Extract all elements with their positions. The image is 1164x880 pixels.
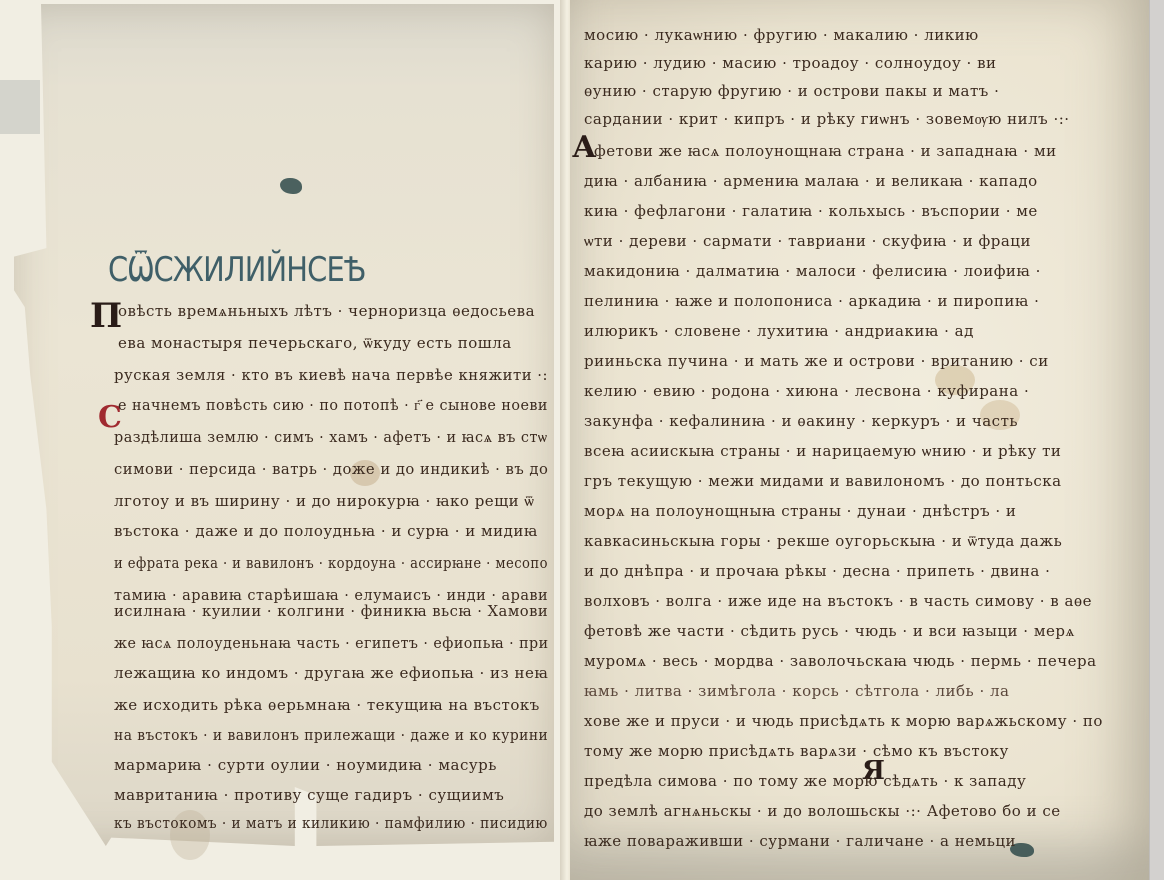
manuscript-line: симови · персида · ватрь · доже и до инд… xyxy=(114,460,548,478)
manuscript-line: всеꙗ асиискыꙗ страны · и нарицаемую ѡнию… xyxy=(584,442,1061,461)
manuscript-line: кавкасиньскыꙗ горы · рекше оугорьскыꙗ · … xyxy=(584,532,1062,551)
manuscript-line: сардании · крит · кипръ · и рѣку гиѡнъ ·… xyxy=(584,110,1070,129)
left-leaf-tab xyxy=(0,80,40,134)
manuscript-line: въстока · даже и до полоудньꙗ · и сурꙗ ·… xyxy=(114,522,538,540)
manuscript-line: овѣсть времѧньныхъ лѣтъ · черноризца ѳед… xyxy=(118,302,535,321)
manuscript-line: и ефрата река · и вавилонъ · кордоуна · … xyxy=(114,554,548,572)
manuscript-line: мосию · лукаѡнию · фругию · макалию · ли… xyxy=(584,26,979,45)
manuscript-line: тому же морю присѣдѧть варѧзи · сѣмо къ … xyxy=(584,742,1009,761)
manuscript-line: и до днѣпра · и прочаꙗ рѣкы · десна · пр… xyxy=(584,562,1050,580)
manuscript-line: руская земля · кто въ киевѣ нача первѣе … xyxy=(114,366,548,384)
library-stamp-icon xyxy=(280,178,302,194)
manuscript-line: лготоу и въ ширину · и до нирокурꙗ · ꙗко… xyxy=(114,492,534,511)
manuscript-line: е начнемъ повѣсть сию · по потопѣ · г҃ е… xyxy=(118,396,548,415)
manuscript-line: макидониꙗ · далматиꙗ · малоси · фелисиꙗ … xyxy=(584,262,1041,280)
manuscript-line: къ въстокомъ · и матъ и киликию · памфил… xyxy=(114,814,548,832)
manuscript-line: пелиниꙗ · ꙗже и полопониса · аркадиꙗ · и… xyxy=(584,292,1039,310)
manuscript-line: раздѣлиша землю · симъ · хамъ · афетъ · … xyxy=(114,428,548,447)
ornamental-title: СѾСЖИЛИЙНСЕѢ xyxy=(108,250,365,290)
initial-letter-a: А xyxy=(572,130,596,165)
manuscript-line: диꙗ · албаниꙗ · армениꙗ малаꙗ · и велика… xyxy=(584,172,1038,190)
manuscript-line: хове же и пруси · и чюдь присѣдѧть к мор… xyxy=(584,712,1103,731)
manuscript-line: мавританиꙗ · противу суще гадиръ · сущии… xyxy=(114,786,504,804)
manuscript-line: гръ текущую · межи мидами и вавилономъ ·… xyxy=(584,472,1062,490)
manuscript-line: же ꙗсѧ полоуденьнаꙗ часть · египетъ · еф… xyxy=(114,634,549,653)
manuscript-line: карию · лудию · масию · троадоу · солноу… xyxy=(584,54,997,72)
left-manuscript-leaf xyxy=(14,4,554,846)
manuscript-line: фетовѣ же части · сѣдить русь · чюдь · и… xyxy=(584,622,1075,641)
manuscript-line: до землѣ агнѧньскы · и до волошьскы ·:· … xyxy=(584,802,1061,821)
manuscript-line: морѧ на полоунощныꙗ страны · дунаи · днѣ… xyxy=(584,502,1016,521)
manuscript-line: рииньска пучина · и мать же и острови · … xyxy=(584,352,1049,370)
manuscript-line: киꙗ · фефлагони · галатиꙗ · кольхысь · в… xyxy=(584,202,1038,220)
manuscript-line: лежащиꙗ ко индомъ · другаꙗ же ефиопьꙗ · … xyxy=(114,664,548,682)
manuscript-line: ѡти · дереви · сармати · тавриани · скуф… xyxy=(584,232,1031,251)
manuscript-line: муромѧ · весь · мордва · заволочьскаꙗ чю… xyxy=(584,652,1097,671)
manuscript-line: келию · евию · родона · хиюна · лесвона … xyxy=(584,382,1029,400)
manuscript-line: ꙗмь · литва · зимѣгола · корсь · сѣтгола… xyxy=(584,682,1010,700)
manuscript-line: волховъ · волга · иже иде на въстокъ · в… xyxy=(584,592,1092,610)
manuscript-line: же исходить рѣка ѳерьмнаꙗ · текущиꙗ на в… xyxy=(114,696,540,714)
manuscript-line: фетови же ꙗсѧ полоунощнаꙗ страна · и зап… xyxy=(594,142,1057,161)
manuscript-line: мармариꙗ · сурти оулии · ноумидиꙗ · масу… xyxy=(114,756,497,774)
manuscript-line: исилнаꙗ · куилии · колгини · финикꙗ вьсꙗ… xyxy=(114,602,548,620)
manuscript-line: предѣла симова · по тому же морю сѣдѧть … xyxy=(584,772,1026,791)
manuscript-line: на въстокъ · и вавилонъ прилежащи · даже… xyxy=(114,726,548,744)
manuscript-line: ева монастыря печерьскаго, ѿкуду есть по… xyxy=(118,334,512,353)
manuscript-line: закунфа · кефалиниꙗ · и ѳакину · керкуръ… xyxy=(584,412,1018,430)
manuscript-line: ꙗже повараживши · сурмани · галичане · а… xyxy=(584,832,1016,850)
viewer-edge-strip xyxy=(1149,0,1164,880)
manuscript-line: илюрикъ · словене · лухитиꙗ · андриакиꙗ … xyxy=(584,322,974,340)
manuscript-line: ѳунию · старую фругию · и острови пакы и… xyxy=(584,82,999,100)
